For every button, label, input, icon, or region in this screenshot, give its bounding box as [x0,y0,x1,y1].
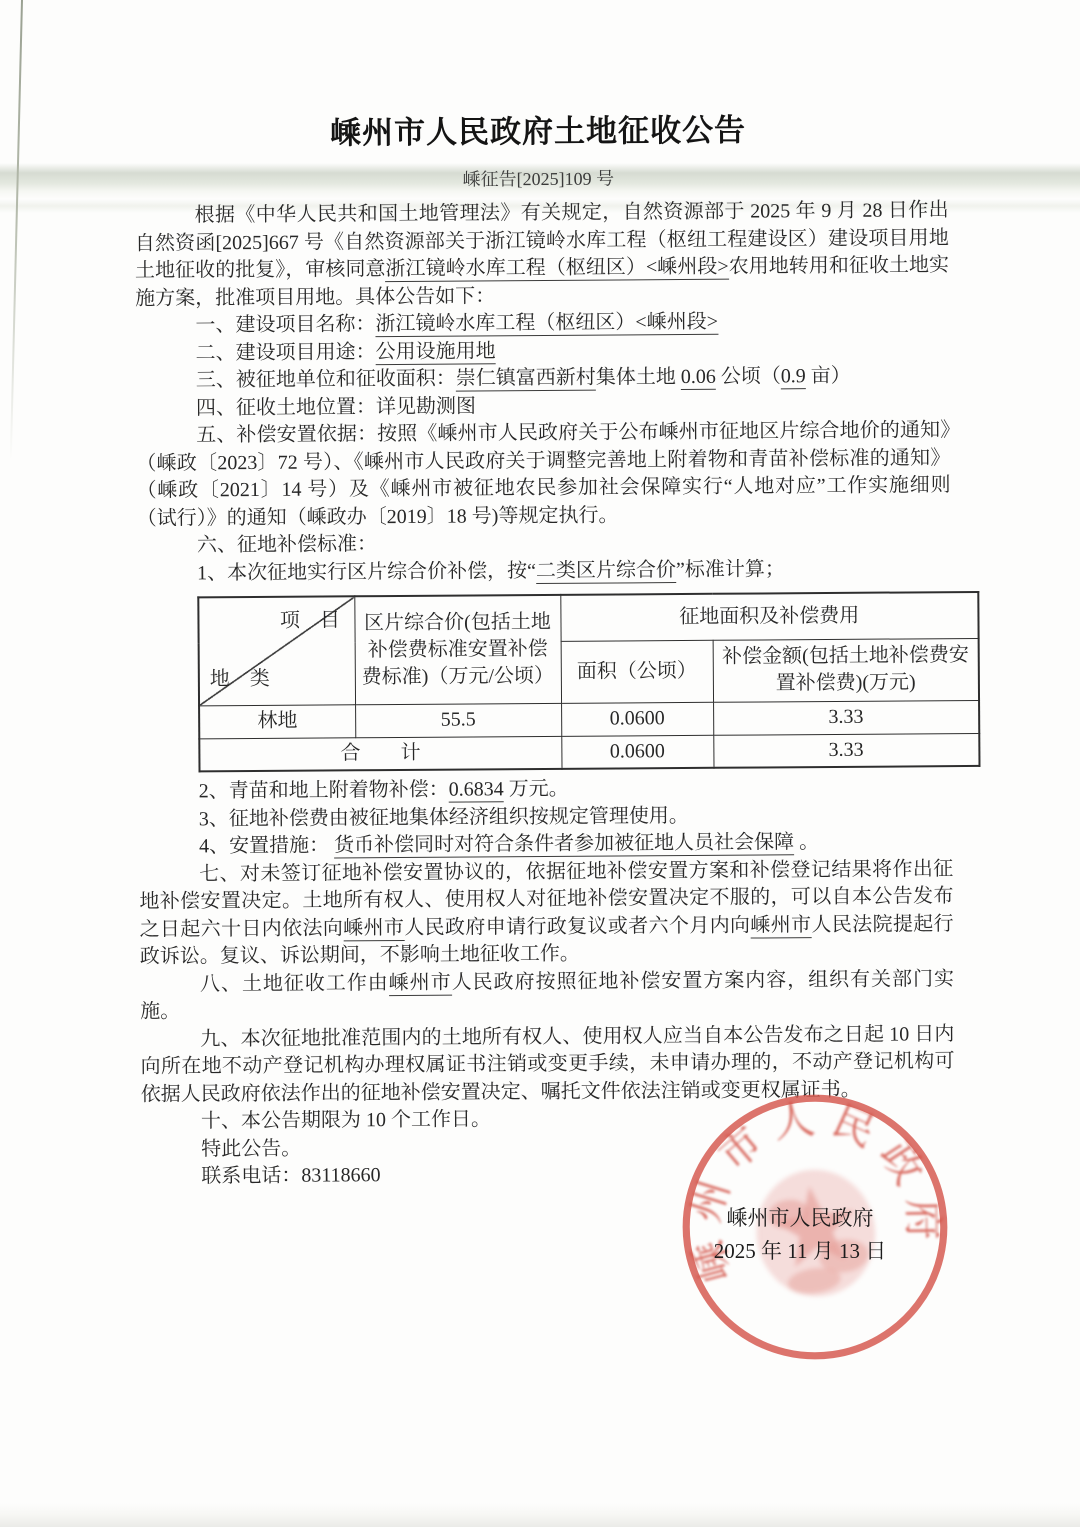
text-segment: 五、补偿安置依据：按照《嵊州市人民政府关于公布嵊州市征地区片综合地价的通知》（嵊… [136,419,950,529]
text-segment: 联系电话：83118660 [201,1164,380,1187]
text-segment: 3、征地补偿费由被征地集体经济组织按规定管理使用。 [199,804,689,829]
text-segment: 嵊州市 [750,914,811,938]
doc-number: 嵊征告[2025]109 号 [0,162,1078,196]
document-body: 嵊州市人民政府土地征收公告 嵊征告[2025]109 号 根据《中华人民共和国土… [0,106,1080,1192]
signature-date: 2025 年 11 月 13 日 [706,1235,894,1268]
text-segment: 货币补偿同时对符合条件者参加被征地人员社会保障 [334,831,794,858]
scanned-document-page: 嵊州市人民政府土地征收公告 嵊征告[2025]109 号 根据《中华人民共和国土… [0,0,1080,1527]
cell-total-label: 合 计 [199,736,561,772]
table-row-forest: 林地 55.5 0.0600 3.33 [199,700,979,738]
header-group: 征地面积及补偿费用 [560,592,978,641]
text-segment: 崇仁镇富西新村 [456,367,596,392]
cell-total-area: 0.0600 [561,735,713,769]
text-segment: 人民政府申请行政复议或者六个月内向 [404,914,750,938]
table-row-total: 合 计 0.0600 3.33 [199,733,979,771]
text-segment: 六、征地补偿标准： [197,533,377,556]
cell-amount: 3.33 [713,700,979,735]
header-price: 区片综合价(包括土地补偿费标准安置补偿费标准)（万元/公顷） [354,595,561,704]
text-segment: 4、安置措施： [199,834,334,857]
paragraph-intro: 根据《中华人民共和国土地管理法》有关规定，自然资源部于 2025 年 9 月 2… [135,197,950,313]
text-segment: 2、青苗和地上附着物补偿： [199,779,449,803]
scan-artifact-bottom-strip [0,1503,1080,1527]
signature-name: 嵊州市人民政府 [706,1202,894,1235]
text-segment: 二、建设项目用途： [196,341,376,364]
table-corner-cell: 项 目 地 类 [198,596,355,705]
compensation-table: 项 目 地 类 区片综合价(包括土地补偿费标准安置补偿费标准)（万元/公顷） 征… [197,591,980,772]
text-segment: 亩） [806,365,851,387]
cell-total-amount: 3.33 [713,733,979,768]
compensation-table-wrap: 项 目 地 类 区片综合价(包括土地补偿费标准安置补偿费标准)（万元/公顷） 征… [197,591,952,772]
text-segment: 0.06 [681,366,716,390]
paragraph-item-3: 三、被征地单位和征收面积：崇仁镇富西新村集体土地 0.06 公顷（0.9 亩） [136,362,950,395]
text-segment: 。 [794,831,819,853]
header-amount: 补偿金额(包括土地补偿费安置补偿费)(万元) [713,638,979,702]
paragraph-item-6-1: 1、本次征地实行区片综合价补偿，按“二类区片综合价”标准计算； [137,555,951,588]
cell-land-type: 林地 [199,704,355,738]
text-segment: 0.6834 [449,778,504,802]
text-segment: 特此公告。 [201,1137,301,1160]
corner-label-project: 项 目 [280,607,340,634]
text-segment: 嵊州市 [389,971,452,995]
header-area: 面积（公顷） [561,640,713,703]
page-title: 嵊州市人民政府土地征收公告 [0,106,1078,158]
paragraph-item-5: 五、补偿安置依据：按照《嵊州市人民政府关于公布嵊州市征地区片综合地价的通知》（嵊… [136,417,951,533]
signature-block: 嵊州市人民政府 2025 年 11 月 13 日 [706,1202,894,1268]
cell-price: 55.5 [355,703,561,737]
text-segment: 八、土地征收工作由 [200,972,389,995]
text-segment: 嵊州市 [343,916,404,940]
paragraph-item-7: 七、对未签订征地补偿安置协议的，依据征地补偿安置方案和补偿登记结果将作出征地补偿… [139,856,954,972]
text-segment: 一、建设项目名称： [195,313,375,336]
text-segment: 四、征收土地位置：详见勘测图 [196,395,476,419]
text-segment: 公用设施用地 [376,340,496,365]
announcement-text: 根据《中华人民共和国土地管理法》有关规定，自然资源部于 2025 年 9 月 2… [135,197,956,1191]
text-segment: 万元。 [504,778,569,800]
text-segment: 三、被征地单位和征收面积： [196,368,456,392]
paragraph-item-8: 八、土地征收工作由嵊州市人民政府按照征地补偿安置方案内容，组织有关部门实施。 [140,966,954,1027]
text-segment: 集体土地 [596,366,681,389]
text-segment: 十、本公告期限为 10 个工作日。 [201,1108,491,1132]
text-segment: 1、本次征地实行区片综合价补偿，按“ [197,560,536,584]
cell-area: 0.0600 [561,702,713,736]
text-segment: ”标准计算； [676,558,785,581]
text-segment: 浙江镜岭水库工程（枢纽区）<嵊州段> [385,256,728,282]
text-segment: 0.9 [781,365,806,389]
text-segment: 二类区片综合价 [536,559,676,584]
text-segment: 公顷（ [716,365,781,387]
text-segment: 浙江镜岭水库工程（枢纽区）<嵊州段> [375,311,718,337]
corner-label-land-type: 地 类 [210,665,270,692]
